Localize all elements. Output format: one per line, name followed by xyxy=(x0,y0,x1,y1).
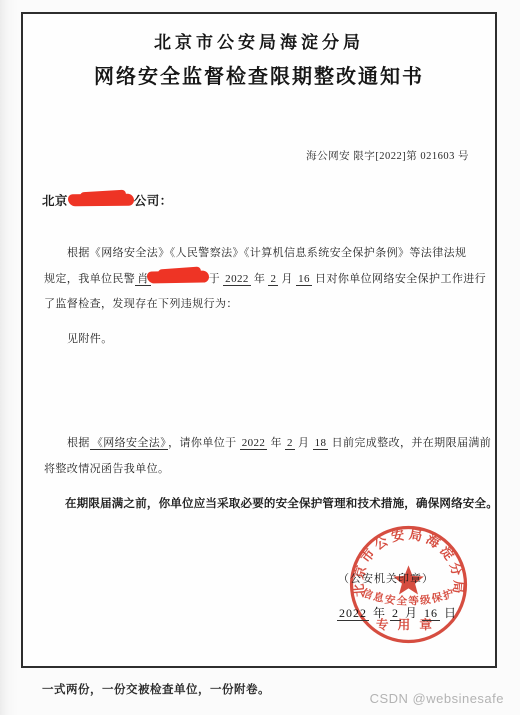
issue-date-line: 2022 年 2 月 16 日 xyxy=(337,604,457,621)
bold-warning-line: 在期限届满之前，你单位应当采取必要的安全保护管理和技术措施，确保网络安全。 xyxy=(65,495,498,511)
redaction-company-name xyxy=(68,194,134,207)
deadline-year: 2022 xyxy=(240,437,268,450)
seal-placeholder-note: （公安机关印章） xyxy=(338,570,434,586)
issue-year: 2022 xyxy=(337,606,369,621)
redaction-officer-name xyxy=(147,270,209,283)
paragraph2-line1: 根据《网络安全法》，请你单位于 2022 年 2 月 18 日前完成整改，并在期… xyxy=(67,434,491,450)
csdn-watermark: CSDN @websinesafe xyxy=(370,691,504,706)
issue-day: 16 xyxy=(422,606,440,621)
paragraph2-line1-text: 日前完成整改，并在期限届满前 xyxy=(328,437,491,449)
issue-month: 2 xyxy=(390,606,401,621)
recipient-suffix: 公司： xyxy=(134,194,173,208)
paragraph2-line1-text: 根据 xyxy=(67,437,90,449)
document-title-notice-type: 网络安全监督检查限期整改通知书 xyxy=(23,60,495,89)
paragraph1-line2-text: 于 xyxy=(209,273,224,285)
notice-document-border: 北京市公安局海淀分局 网络安全监督检查限期整改通知书 海公网安 限字[2022]… xyxy=(21,12,497,668)
paragraph1-line3: 了监督检查，发现存在下列违规行为： xyxy=(44,295,238,311)
deadline-month: 2 xyxy=(285,437,295,450)
recipient-prefix: 北京 xyxy=(42,194,68,208)
issue-date-text: 月 xyxy=(401,606,422,620)
document-title-authority: 北京市公安局海淀分局 xyxy=(23,28,495,53)
paragraph1-line2-text: 日对你单位网络安全保护工作进行 xyxy=(312,273,486,285)
recipient-line: 北京公司： xyxy=(42,191,173,209)
paragraph2-line1-text: ，请你单位于 xyxy=(168,437,240,449)
issue-date-text: 年 xyxy=(369,606,390,620)
copies-distribution-note: 一式两份，一份交被检查单位，一份附卷。 xyxy=(42,681,270,697)
paragraph1-line1: 根据《网络安全法》《人民警察法》《计算机信息系统安全保护条例》等法律法规 xyxy=(67,244,466,260)
inspection-month: 2 xyxy=(268,273,278,286)
document-reference-number: 海公网安 限字[2022]第 021603 号 xyxy=(306,148,469,163)
attachment-note: 见附件。 xyxy=(67,330,113,346)
paragraph1-line2-text: 月 xyxy=(278,273,296,285)
cited-law: 《网络安全法》 xyxy=(90,437,168,450)
paragraph2-line1-text: 年 xyxy=(267,437,285,449)
paragraph1-line2-text: 规定，我单位民警 xyxy=(44,273,135,285)
inspection-day: 16 xyxy=(296,273,312,286)
issue-date-text: 日 xyxy=(440,606,457,620)
paragraph2-line2: 将整改情况函告我单位。 xyxy=(44,460,169,476)
deadline-day: 18 xyxy=(313,437,329,450)
scanned-page-background: 北京市公安局海淀分局 网络安全监督检查限期整改通知书 海公网安 限字[2022]… xyxy=(0,0,520,715)
paragraph1-line2-text: 年 xyxy=(251,273,269,285)
inspection-year: 2022 xyxy=(223,273,251,286)
paragraph1-line2: 规定，我单位民警肖于 2022 年 2 月 16 日对你单位网络安全保护工作进行 xyxy=(44,270,486,286)
paragraph2-line1-text: 月 xyxy=(295,437,313,449)
